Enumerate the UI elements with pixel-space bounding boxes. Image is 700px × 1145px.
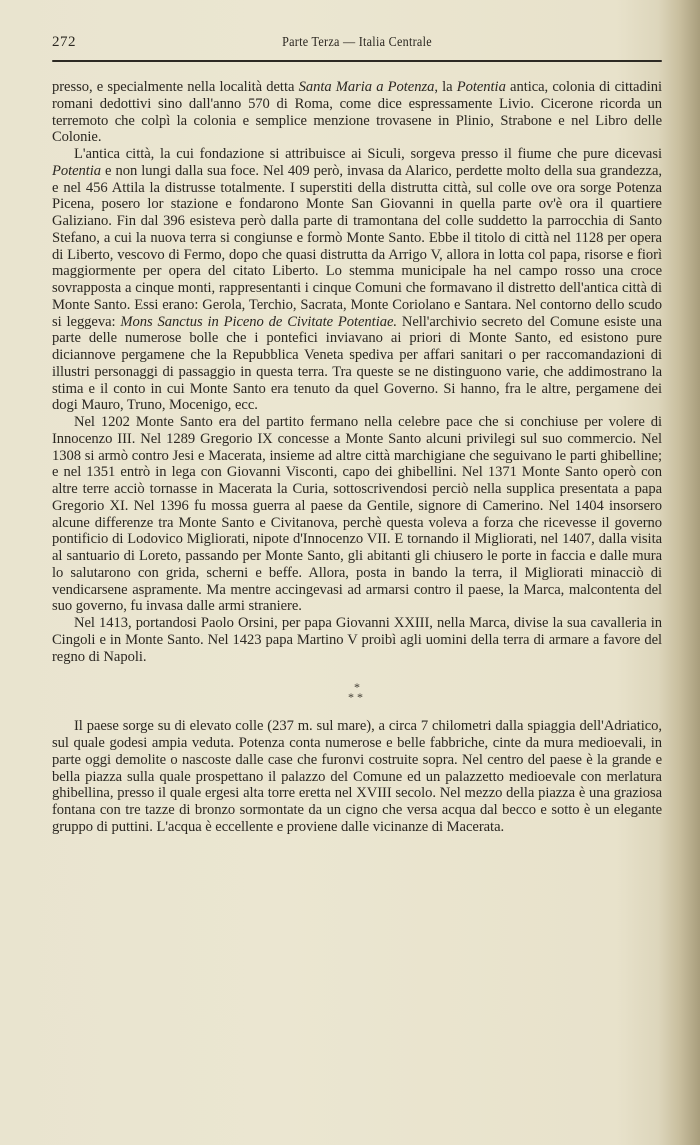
paragraph-history-1413: Nel 1413, portandosi Paolo Orsini, per p…: [52, 615, 662, 665]
running-head: 272 Parte Terza — Italia Centrale: [52, 28, 662, 56]
paragraph-ancient-city: L'antica città, la cui fondazione si att…: [52, 146, 662, 414]
text-run: presso, e specialmente nella località de…: [52, 79, 299, 95]
header-rule: [52, 60, 662, 62]
italic-latin-motto: Mons Sanctus in Piceno de Civitate Poten…: [120, 314, 397, 330]
italic-place-name: Santa Maria a Potenza: [299, 79, 435, 95]
page-number: 272: [52, 28, 76, 56]
paragraph-history-1202: Nel 1202 Monte Santo era del partito fer…: [52, 414, 662, 615]
italic-ancient-name: Potentia: [457, 79, 506, 95]
text-run: , la: [434, 79, 456, 95]
paragraph-town-description: Il paese sorge su di elevato colle (237 …: [52, 718, 662, 835]
asterism-section-break: * **: [52, 682, 662, 702]
text-run: L'antica città, la cui fondazione si att…: [74, 146, 662, 162]
book-page: 272 Parte Terza — Italia Centrale presso…: [52, 28, 662, 836]
running-title: Parte Terza — Italia Centrale: [83, 28, 632, 56]
asterism-bottom: **: [52, 692, 662, 702]
body-text: presso, e specialmente nella località de…: [52, 79, 662, 836]
paragraph-continued: presso, e specialmente nella località de…: [52, 79, 662, 146]
text-run: e non lungi dalla sua foce. Nel 409 però…: [52, 163, 662, 330]
italic-river-name: Potentia: [52, 163, 101, 179]
